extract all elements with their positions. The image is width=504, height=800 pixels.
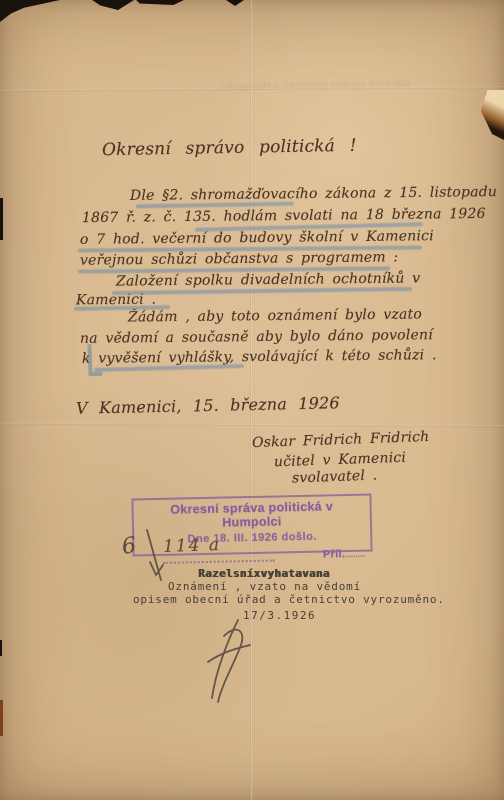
torn-edge-left: [0, 640, 2, 656]
typed-note-line: Oznámení , vzato na vědomí: [168, 580, 361, 593]
body-line: Žádám , aby toto oznámení bylo vzato: [128, 306, 422, 325]
stamp-office-name: Okresní správa politická v Humpolci: [140, 499, 365, 532]
scanned-document-photo: { "document": { "salutation": "Okresní s…: [0, 0, 504, 800]
typed-note-line: opisem obecní úřad a četnictvo vyrozuměn…: [133, 593, 445, 606]
signature-role: svolavatel .: [292, 468, 378, 487]
registry-number: 114 a: [163, 535, 222, 557]
typed-struck-line: Razelsníxvyhatavana: [198, 567, 330, 580]
stamp-attachment-label: Příl...........: [323, 548, 365, 561]
stamp-attachment-dots: ..........: [345, 548, 364, 560]
body-line: veřejnou schůzi občanstva s programem :: [80, 249, 399, 268]
torn-edge-left: [0, 198, 3, 240]
stamp-attachment-text: Příl.: [323, 548, 346, 560]
blue-bracket-mark: [87, 344, 102, 376]
typed-date: 17/3.1926: [243, 609, 316, 622]
rust-stain-left-edge: [0, 700, 3, 736]
